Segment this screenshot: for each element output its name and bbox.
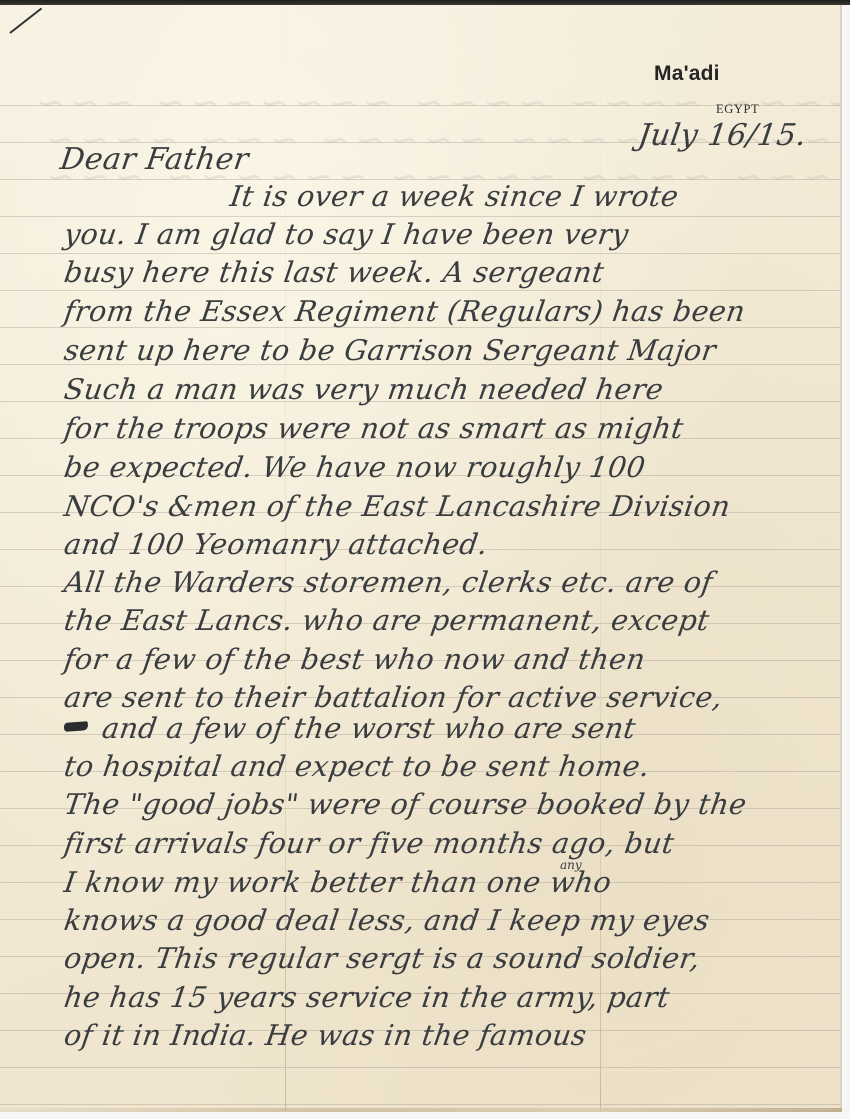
paper-right-edge	[840, 5, 842, 1112]
letter-line: and 100 Yeomanry attached.	[62, 528, 490, 561]
letter-line: Such a man was very much needed here	[62, 373, 666, 406]
letter-line: busy here this last week. A sergeant	[62, 256, 606, 289]
letter-line: open. This regular sergt is a sound sold…	[62, 942, 702, 975]
ruled-line	[0, 253, 842, 254]
letter-line: of it in India. He was in the famous	[62, 1019, 589, 1052]
letter-line: It is over a week since I wrote	[228, 180, 681, 213]
ruled-line	[0, 1104, 842, 1105]
salutation: Dear Father	[58, 142, 251, 177]
letter-line: and a few of the worst who are sent	[100, 712, 638, 745]
letter-line: The "good jobs" were of course booked by…	[62, 788, 749, 821]
ruled-line	[0, 290, 842, 291]
letter-line: to hospital and expect to be sent home.	[62, 750, 652, 783]
letter-line: be expected. We have now roughly 100	[62, 451, 648, 484]
letter-scan: ~~~~~~ ~~~~ ~~~~ ~~~~~~~ ~~~ ~~ ~~~ ~~~~…	[0, 0, 850, 1119]
ruled-line	[0, 216, 842, 217]
letter-date: July 16/15.	[636, 118, 809, 153]
struck-out-word	[64, 721, 89, 732]
letter-line: I know my work better than one who	[62, 866, 614, 899]
letter-line: from the Essex Regiment (Regulars) has b…	[62, 295, 747, 328]
letterhead-country: EGYPT	[716, 102, 759, 117]
letter-line: he has 15 years service in the army, par…	[62, 981, 672, 1014]
letter-line: knows a good deal less, and I keep my ey…	[62, 904, 712, 937]
letter-line: NCO's &men of the East Lancashire Divisi…	[62, 490, 732, 523]
letter-line: for the troops were not as smart as migh…	[62, 412, 686, 445]
ruled-line	[0, 1067, 842, 1068]
letter-line: first arrivals four or five months ago, …	[62, 827, 676, 860]
letter-line: you. I am glad to say I have been very	[62, 218, 631, 251]
letterhead-place: Ma'adi	[654, 62, 720, 86]
letter-line: All the Warders storemen, clerks etc. ar…	[62, 566, 715, 599]
letter-line: are sent to their battalion for active s…	[62, 681, 725, 714]
letter-line: sent up here to be Garrison Sergeant Maj…	[62, 334, 718, 367]
paper-bottom-edge	[0, 1108, 842, 1112]
letter-line: for a few of the best who now and then	[62, 643, 648, 676]
letter-line: the East Lancs. who are permanent, excep…	[62, 604, 712, 637]
